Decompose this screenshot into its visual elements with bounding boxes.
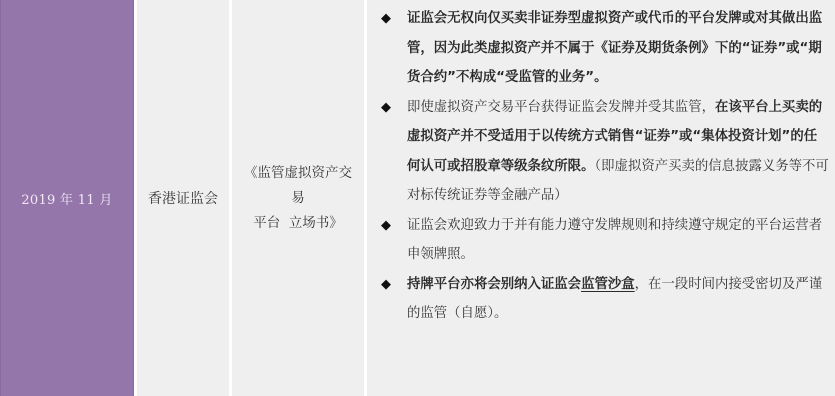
document-cell: 《监管虚拟资产交易 平台 立场书》 bbox=[232, 0, 364, 396]
diamond-bullet-icon: ◆ bbox=[379, 211, 393, 241]
underlined-term: 监管沙盒 bbox=[581, 277, 635, 292]
key-point-item: ◆证监会无权向仅买卖非证券型虚拟资产或代币的平台发牌或对其做出监管，因为此类虚拟… bbox=[377, 4, 829, 93]
date-cell: 2019 年 11 月 bbox=[0, 0, 134, 396]
key-points-list: ◆证监会无权向仅买卖非证券型虚拟资产或代币的平台发牌或对其做出监管，因为此类虚拟… bbox=[377, 4, 829, 329]
diamond-bullet-icon: ◆ bbox=[379, 270, 393, 300]
key-point-item: ◆持牌平台亦将会别纳入证监会监管沙盒，在一段时间内接受密切及严谨的监管（自愿）。 bbox=[377, 270, 829, 329]
organization-cell: 香港证监会 bbox=[137, 0, 229, 396]
diamond-bullet-icon: ◆ bbox=[379, 4, 393, 34]
key-point-item: ◆证监会欢迎致力于并有能力遵守发牌规则和持续遵守规定的平台运营者申领牌照。 bbox=[377, 211, 829, 270]
key-point-text: 证监会无权向仅买卖非证券型虚拟资产或代币的平台发牌或对其做出监管，因为此类虚拟资… bbox=[407, 11, 822, 85]
document-title-line-2: 平台 立场书》 bbox=[238, 211, 358, 236]
key-point-item: ◆即使虚拟资产交易平台获得证监会发牌并受其监管，在该平台上买卖的虚拟资产并不受适… bbox=[377, 93, 829, 211]
key-point-text: 持牌平台亦将会别纳入证监会 bbox=[407, 277, 581, 292]
organization-text: 香港证监会 bbox=[148, 188, 218, 208]
date-text: 2019 年 11 月 bbox=[21, 189, 112, 208]
diamond-bullet-icon: ◆ bbox=[379, 93, 393, 123]
regulation-table: 2019 年 11 月 香港证监会 《监管虚拟资产交易 平台 立场书》 ◆证监会… bbox=[0, 0, 835, 396]
key-point-text: 证监会欢迎致力于并有能力遵守发牌规则和持续遵守规定的平台运营者申领牌照。 bbox=[407, 218, 822, 263]
key-points-cell: ◆证监会无权向仅买卖非证券型虚拟资产或代币的平台发牌或对其做出监管，因为此类虚拟… bbox=[367, 0, 835, 396]
key-point-text: 即使虚拟资产交易平台获得证监会发牌并受其监管， bbox=[407, 100, 715, 115]
document-title-line-1: 《监管虚拟资产交易 bbox=[238, 161, 358, 211]
